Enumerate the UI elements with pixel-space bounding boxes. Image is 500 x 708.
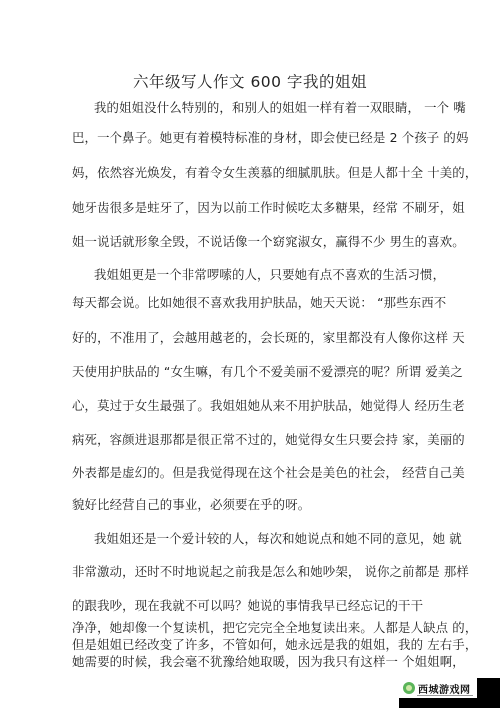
text-line: 妈，依然容光焕发，有着令女生羡慕的细腻肌肤。但是人都十全 十美的， [72, 165, 432, 181]
text-line: 外表都是虚幻的。但是我觉得现在这个社会是美色的社会， 经营自己美 [72, 465, 432, 481]
watermark: 西城游戏网 [399, 678, 500, 708]
text-line: 姐一说话就形象全毁，不说话像一个窈窕淑女，赢得不少 男生的喜欢。 [72, 234, 432, 250]
watermark-subline [417, 695, 473, 696]
text-line: 天使用护肤品的 “女生嘛，有几个不爱美丽不爱漂亮的呢？所谓 爱美之 [72, 364, 432, 380]
text-line: 净净，她却像一个复读机，把它完完全全地复读出来。人都是人缺点 的， [72, 620, 432, 636]
text-line: 她需要的时候，我会毫不犹豫给她取暖，因为我只有这样一 个姐姐啊， [72, 654, 432, 670]
watermark-brand: 西城游戏网 [418, 681, 471, 696]
document-title: 六年级写人作文 600 字我的姐姐 [0, 70, 500, 92]
leaf-logo-icon [403, 682, 415, 694]
text-line: 好的，不准用了，会越用越老的，会长斑的，家里都没有人像你这样 天 [72, 330, 432, 346]
text-line: 的跟我吵，现在我就不可以吗？她说的事情我早已经忘记的干干 [72, 598, 432, 614]
text-line: 非常激动，还时不时地说起之前我是怎么和她吵架， 说你之前都是 那样 [72, 564, 432, 580]
text-line: 我姐姐更是一个非常啰嗦的人，只要她有点不喜欢的生活习惯， [94, 267, 454, 283]
text-line: 貌好比经营自己的事业，必须要在乎的呀。 [72, 497, 432, 513]
text-line: 心，莫过于女生最强了。我姐姐她从来不用护肤品，她觉得人 经历生老 [72, 398, 432, 414]
watermark-logo: 西城游戏网 [399, 678, 477, 698]
text-line: 每天都会说。比如她很不喜欢我用护肤品，她天天说： “那些东西不 [72, 295, 432, 311]
text-line: 她牙齿很多是蛀牙了，因为以前工作时候吃太多糖果，经常 不刷牙，姐 [72, 200, 432, 216]
text-line: 但是姐姐已经改变了许多，不管如何，她永远是我的姐姐，我的 左右手， [72, 637, 432, 653]
text-line: 我的姐姐没什么特别的，和别人的姐姐一样有着一双眼睛， 一个 嘴 [94, 100, 454, 116]
text-line: 病死，容颜进退那都是很正常不过的，她觉得女生只要会持 家，美丽的 [72, 432, 432, 448]
text-cursor-marker [75, 658, 76, 666]
text-line: 巴，一个鼻子。她更有着模特标准的身材，即会使已经是 2 个孩子 的妈 [72, 130, 432, 146]
text-line: 我姐姐还是一个爱计较的人，每次和她说点和她不同的意见，她 就 [94, 531, 454, 547]
